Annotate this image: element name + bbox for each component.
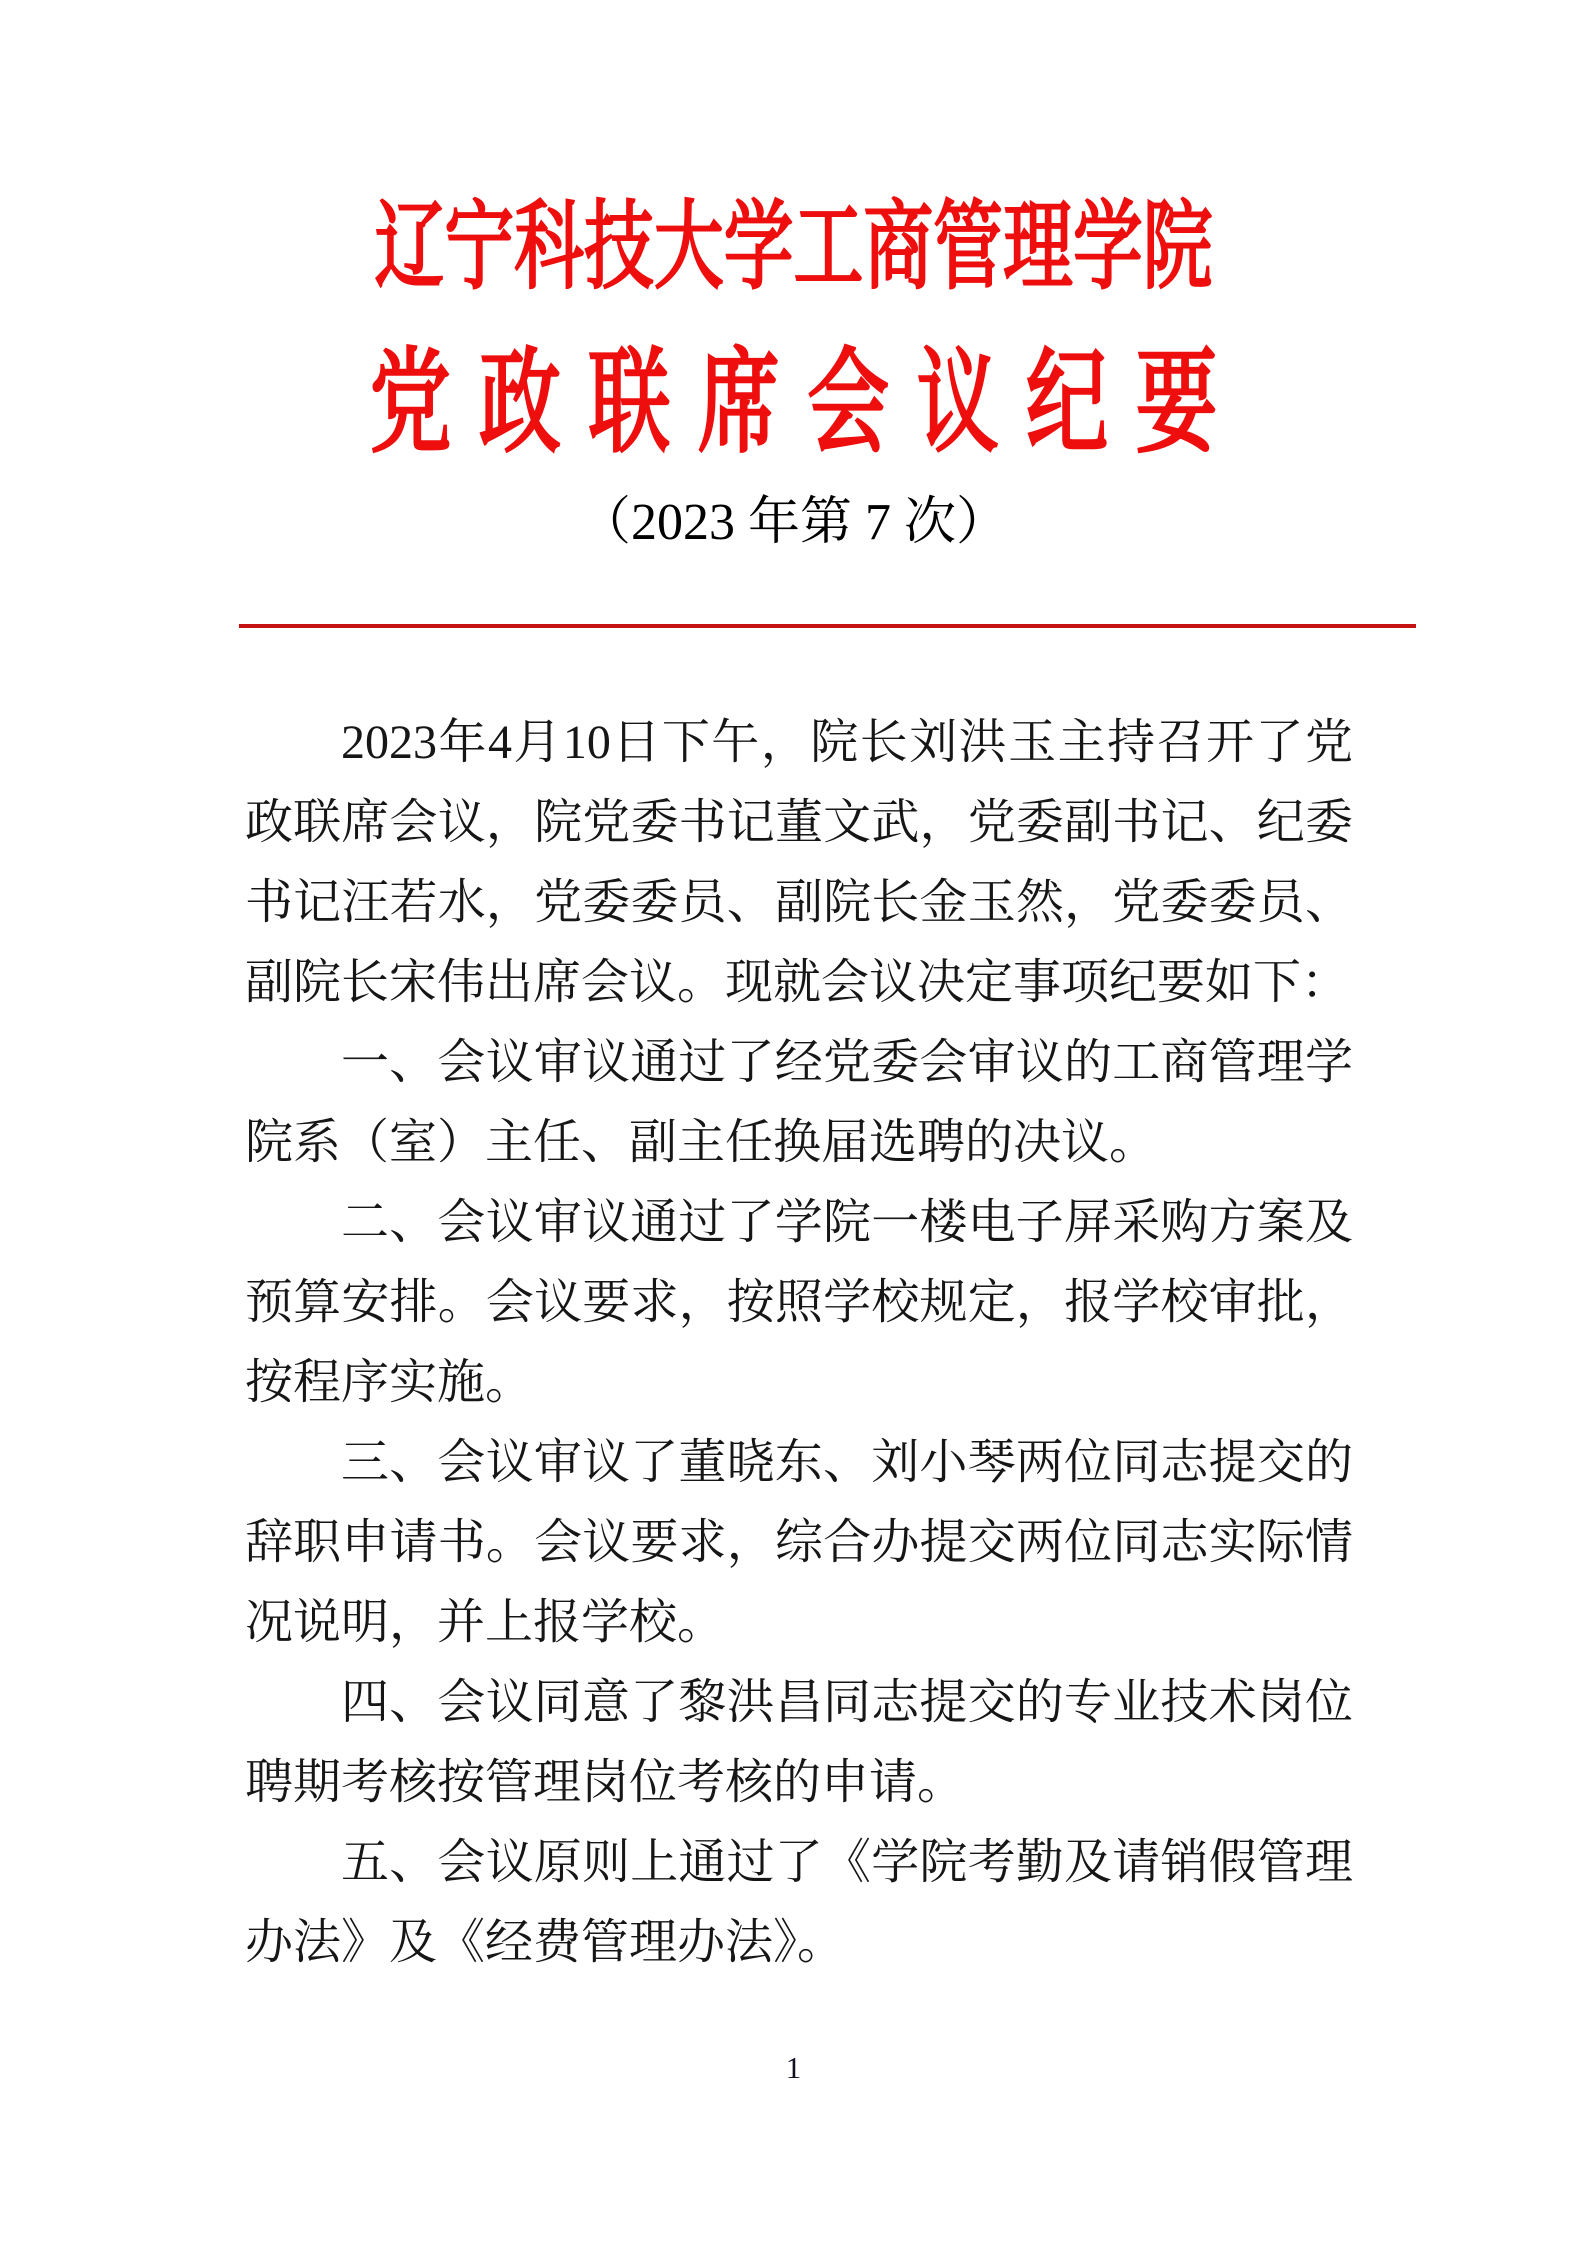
divider-rule (239, 624, 1416, 628)
document-page: 辽宁科技大学工商管理学院 党政联席会议纪要 （2023 年第 7 次） 2023… (0, 0, 1587, 2245)
page-title-institution: 辽宁科技大学工商管理学院 (222, 196, 1365, 298)
page-number: 1 (0, 2050, 1587, 2086)
body-paragraph-item-4: 四、会议同意了黎洪昌同志提交的专业技术岗位聘期考核按管理岗位考核的申请。 (245, 1663, 1353, 1823)
body-paragraph-item-3: 三、会议审议了董晓东、刘小琴两位同志提交的辞职申请书。会议要求，综合办提交两位同… (245, 1423, 1353, 1663)
body-paragraph-item-1: 一、会议审议通过了经党委会审议的工商管理学院系（室）主任、副主任换届选聘的决议。 (245, 1023, 1353, 1183)
body-paragraph-intro: 2023年4月10日下午，院长刘洪玉主持召开了党政联席会议，院党委书记董文武，党… (245, 703, 1353, 1023)
document-body: 2023年4月10日下午，院长刘洪玉主持召开了党政联席会议，院党委书记董文武，党… (245, 703, 1353, 1983)
page-title-document-type: 党政联席会议纪要 (222, 344, 1365, 464)
body-paragraph-item-2: 二、会议审议通过了学院一楼电子屏采购方案及预算安排。会议要求，按照学校规定，报学… (245, 1183, 1353, 1423)
session-number: （2023 年第 7 次） (0, 492, 1587, 554)
body-paragraph-item-5: 五、会议原则上通过了《学院考勤及请销假管理办法》及《经费管理办法》。 (245, 1823, 1353, 1983)
